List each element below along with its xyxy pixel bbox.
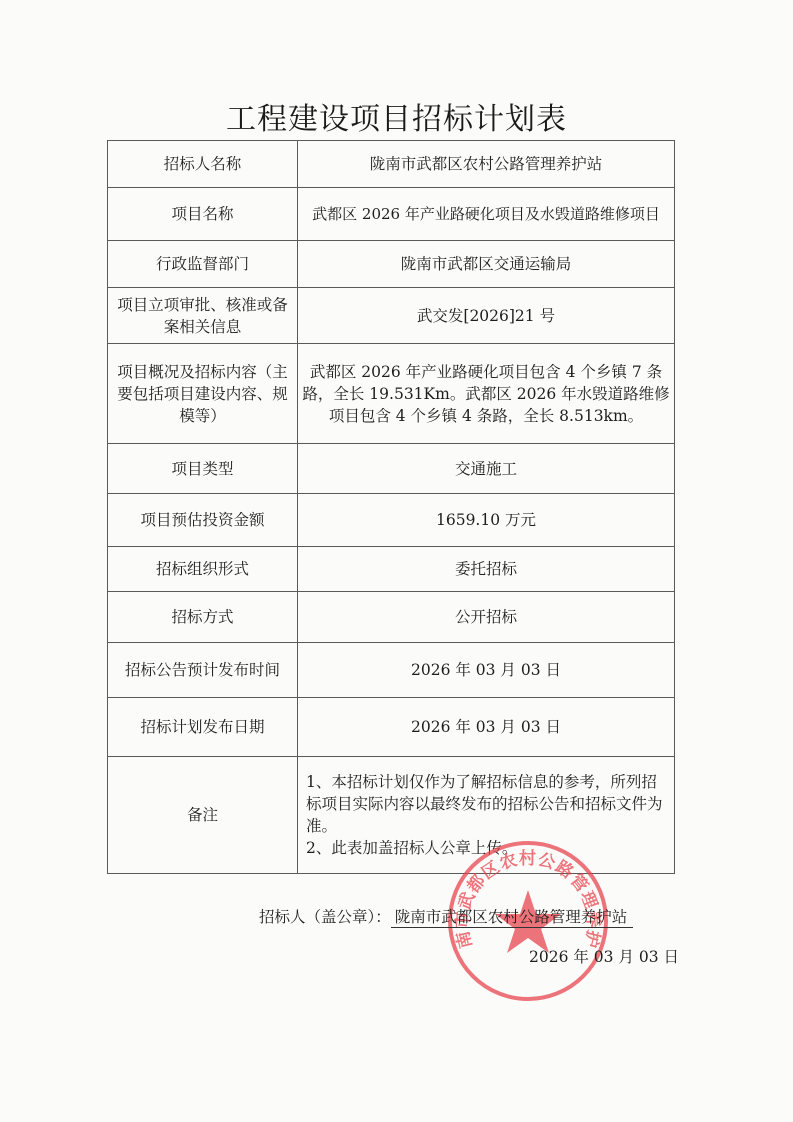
row-label: 行政监督部门 [108,241,298,288]
table-row: 项目类型 交通施工 [108,444,675,494]
row-label: 项目类型 [108,444,298,494]
row-value: 陇南市武都区交通运输局 [298,241,675,288]
row-value: 交通施工 [298,444,675,494]
row-label: 项目预估投资金额 [108,494,298,547]
row-label: 招标方式 [108,592,298,643]
row-value: 公开招标 [298,592,675,643]
remarks-value: 1、本招标计划仅作为了解招标信息的参考，所列招标项目实际内容以最终发布的招标公告… [298,757,675,874]
row-label: 招标人名称 [108,141,298,188]
row-value: 委托招标 [298,547,675,592]
row-label: 项目概况及招标内容（主要包括项目建设内容、规模等） [108,344,298,444]
signature-organization: 陇南市武都区农村公路管理养护站 [391,907,634,928]
table-row: 招标人名称 陇南市武都区农村公路管理养护站 [108,141,675,188]
row-value: 2026 年 03 月 03 日 [298,698,675,757]
row-value: 武都区 2026 年产业路硬化项目及水毁道路维修项目 [298,188,675,241]
row-label: 项目立项审批、核准或备案相关信息 [108,288,298,344]
signature-label: 招标人（盖公章）： [259,908,391,926]
table-row: 行政监督部门 陇南市武都区交通运输局 [108,241,675,288]
table-row: 招标公告预计发布时间 2026 年 03 月 03 日 [108,643,675,698]
table-row: 项目预估投资金额 1659.10 万元 [108,494,675,547]
table-row: 项目概况及招标内容（主要包括项目建设内容、规模等） 武都区 2026 年产业路硬… [108,344,675,444]
signature-date: 2026 年 03 月 03 日 [529,945,679,967]
remarks-line: 1、本招标计划仅作为了解招标信息的参考，所列招标项目实际内容以最终发布的招标公告… [306,771,668,837]
row-value: 陇南市武都区农村公路管理养护站 [298,141,675,188]
remarks-row: 备注 1、本招标计划仅作为了解招标信息的参考，所列招标项目实际内容以最终发布的招… [108,757,675,874]
table-row: 招标计划发布日期 2026 年 03 月 03 日 [108,698,675,757]
row-label: 项目名称 [108,188,298,241]
bidding-plan-table: 招标人名称 陇南市武都区农村公路管理养护站 项目名称 武都区 2026 年产业路… [107,140,675,874]
row-value: 2026 年 03 月 03 日 [298,643,675,698]
row-value: 1659.10 万元 [298,494,675,547]
table-row: 招标组织形式 委托招标 [108,547,675,592]
row-label: 招标组织形式 [108,547,298,592]
table-row: 招标方式 公开招标 [108,592,675,643]
table-row: 项目立项审批、核准或备案相关信息 武交发[2026]21 号 [108,288,675,344]
signature-line: 招标人（盖公章）：陇南市武都区农村公路管理养护站 [259,905,633,928]
page-title: 工程建设项目招标计划表 [0,94,793,138]
remarks-line: 2、此表加盖招标人公章上传。 [306,837,668,859]
remarks-label: 备注 [108,757,298,874]
row-label: 招标计划发布日期 [108,698,298,757]
row-label: 招标公告预计发布时间 [108,643,298,698]
row-value: 武交发[2026]21 号 [298,288,675,344]
table-row: 项目名称 武都区 2026 年产业路硬化项目及水毁道路维修项目 [108,188,675,241]
row-value: 武都区 2026 年产业路硬化项目包含 4 个乡镇 7 条路，全长 19.531… [298,344,675,444]
